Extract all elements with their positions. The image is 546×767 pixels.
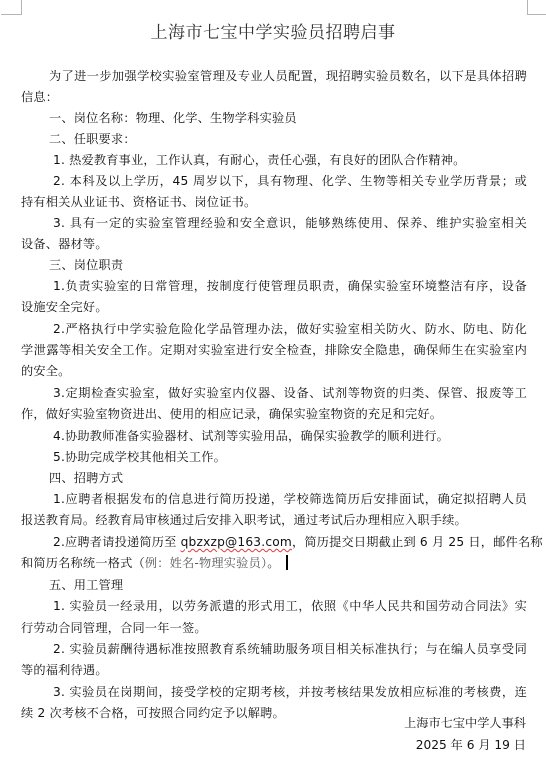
signature-date: 2025 年 6 月 19 日 [416,735,526,755]
page-corner-mark-left [1,0,22,15]
recruitment-item: 1.应聘者根据发布的信息进行简历投递，学校筛选简历后安排面试，确定拟招聘人员 [21,489,527,509]
recruitment-item-text: 和简历名称统一格式（ [21,556,145,570]
duty-item-cont: 作，做好实验室物资进出、使用的相应记录，确保实验室物资的充足和完好。 [21,404,527,424]
section-heading-management: 五、用工管理 [21,575,527,595]
management-item-cont: 行劳动合同管理，合同一年一签。 [21,618,527,638]
text-cursor [286,555,288,570]
format-example: 例：姓名-物理实验员） [145,556,267,570]
requirement-item: 1. 热爱教育事业，工作认真，有耐心，责任心强，有良好的团队合作精神。 [21,150,527,170]
management-item: 3. 实验员在岗期间，接受学校的定期考核，并按考核结果发放相应标准的考核费，连 [21,682,527,702]
email-link[interactable]: qbzxzp@163.com [181,535,292,549]
duty-item-cont: 的安全。 [21,361,527,381]
recruitment-item-text: 。 [267,556,279,570]
intro-line: 为了进一步加强学校实验室管理及专业人员配置，现招聘实验员数名，以下是具体招聘 [21,66,527,86]
section-heading-requirements: 二、任职要求： [21,129,527,149]
duty-item-cont: 设施安全完好。 [21,297,527,317]
section-heading-position: 一、岗位名称：物理、化学、生物学科实验员 [21,108,527,128]
duty-item: 5.协助完成学校其他相关工作。 [21,447,527,467]
section-heading-duties: 三、岗位职责 [21,255,527,275]
recruitment-item-email-line: 2.应聘者请投递简历至 qbzxzp@163.com，简历提交日期截止到 6 月… [21,532,527,552]
page-corner-mark-right [527,0,546,15]
recruitment-item-text: ，简历提交日期截止到 6 月 25 日，邮件名称 [292,535,543,549]
duty-item: 2.严格执行中学实验危险化学品管理办法，做好实验室相关防火、防水、防电、防化 [21,319,527,339]
requirement-item: 2. 本科及以上学历，45 周岁以下，具有物理、化学、生物等相关专业学历背景；或 [21,171,527,191]
duty-item: 4.协助教师准备实验器材、试剂等实验用品，确保实验教学的顺利进行。 [21,426,527,446]
duty-item-cont: 学泄露等相关安全工作。定期对实验室进行安全检查，排除安全隐患，确保师生在实验室内 [21,340,527,360]
recruitment-item-text: 2.应聘者请投递简历至 [53,535,181,549]
management-item: 1. 实验员一经录用，以劳务派遣的形式用工，依照《中华人民共和国劳动合同法》实 [21,596,527,616]
requirement-item-cont: 持有相关从业证书、资格证书、岗位证书。 [21,192,527,212]
duty-item: 1.负责实验室的日常管理，按制度行使管理员职责，确保实验室环境整洁有序，设备 [21,276,527,296]
intro-line: 信息： [21,87,527,107]
document-title: 上海市七宝中学实验员招聘启事 [0,21,546,45]
requirement-item: 3. 具有一定的实验室管理经验和安全意识，能够熟练使用、保养、维护实验室相关 [21,213,527,233]
recruitment-item-cont: 报送教育局。经教育局审核通过后安排入职考试，通过考试后办理相应入职手续。 [21,510,527,530]
requirement-item-cont: 设备、器材等。 [21,234,527,254]
management-item-cont: 等的福利待遇。 [21,660,527,680]
section-heading-recruitment: 四、招聘方式 [21,468,527,488]
signature-org: 上海市七宝中学人事科 [404,713,526,733]
duty-item: 3.定期检查实验室，做好实验室内仪器、设备、试剂等物资的归类、保管、报废等工 [21,383,527,403]
management-item: 2. 实验员薪酬待遇标准按照教育系统辅助服务项目相关标准执行；与在编人员享受同 [21,639,527,659]
recruitment-item-cont: 和简历名称统一格式（例：姓名-物理实验员）。 [21,553,527,573]
